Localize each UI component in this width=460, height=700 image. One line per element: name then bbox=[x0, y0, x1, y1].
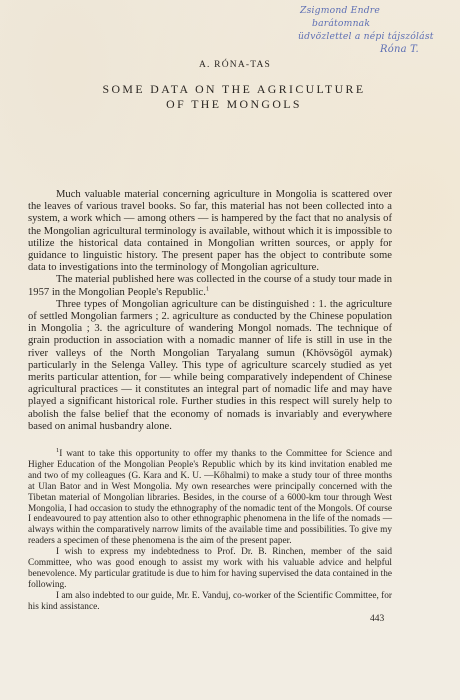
scanned-page: Zsigmond Endre barátomnak üdvözlettel a … bbox=[0, 0, 460, 700]
footnotes-section: 1I want to take this opportunity to offe… bbox=[28, 449, 392, 613]
page-number: 443 bbox=[370, 614, 384, 624]
footnote-reference: 1 bbox=[206, 285, 209, 292]
footnote-1: 1I want to take this opportunity to offe… bbox=[28, 449, 392, 547]
handwriting-line: üdvözlettel a népi tájszólást bbox=[298, 30, 460, 43]
title-line-2: OF THE MONGOLS bbox=[8, 97, 460, 112]
body-paragraph-2: The material published here was collecte… bbox=[28, 274, 392, 298]
footnote-paragraph-3: I am also indebted to our guide, Mr. E. … bbox=[28, 591, 392, 613]
main-body: Much valuable material concerning agricu… bbox=[28, 189, 392, 433]
author-name: A. RÓNA-TAS bbox=[0, 60, 460, 70]
handwritten-signature: Róna T. bbox=[300, 43, 460, 56]
handwriting-line: Zsigmond Endre bbox=[300, 4, 460, 17]
title-line-1: SOME DATA ON THE AGRICULTURE bbox=[8, 82, 460, 97]
paper-title: SOME DATA ON THE AGRICULTURE OF THE MONG… bbox=[0, 82, 460, 112]
handwritten-dedication: Zsigmond Endre barátomnak üdvözlettel a … bbox=[300, 4, 460, 56]
body-paragraph-3: Three types of Mongolian agriculture can… bbox=[28, 299, 392, 433]
handwriting-line: barátomnak bbox=[300, 17, 460, 30]
body-paragraph-1: Much valuable material concerning agricu… bbox=[28, 189, 392, 274]
footnote-paragraph-2: I wish to express my indebtedness to Pro… bbox=[28, 547, 392, 591]
